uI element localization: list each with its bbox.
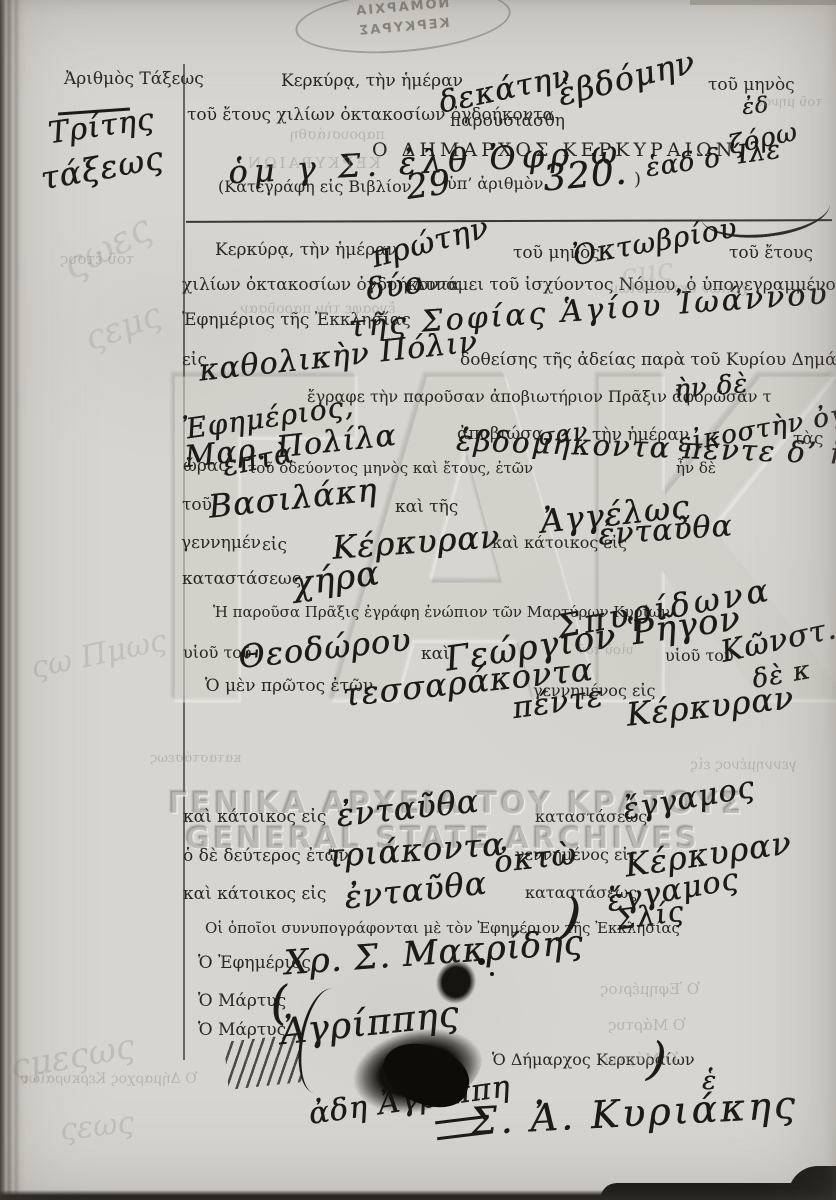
ghost-born: γεννημένος εἰς	[690, 758, 797, 772]
hw-book-number: 29	[404, 165, 454, 205]
witness2-resident-label: καὶ κάτοικος εἰς	[183, 885, 326, 904]
ghost-son: υἱοῦ τοῦ	[578, 644, 634, 657]
ghost-month: τοῦ μηνός	[756, 96, 822, 109]
ghost-scrawl6: ςμς	[618, 254, 675, 291]
hw-aforosan-ending: ὴν δὲ	[673, 371, 749, 403]
document-scan-page: ΝΟΜΑΡΧΙΑ ΚΕΡΚΥΡΑΣ ΓΑΚ ΓΕΝΙΚΑ ΑΡΧΕΙΑ ΤΟΥ …	[0, 0, 836, 1200]
bottom-right-corner-curve	[788, 1166, 836, 1200]
hw-mayor-signature: Σ. Ἀ. Κυριάκης	[469, 1085, 799, 1140]
prefecture-stamp-bleed: ΝΟΜΑΡΧΙΑ ΚΕΡΚΥΡΑΣ	[293, 0, 514, 61]
book-binding-edge	[0, 0, 26, 1200]
ink-speck2	[490, 972, 494, 976]
ghost-presented: παρουσιάσθη	[290, 128, 385, 142]
body-year-label: τοῦ ἔτους	[729, 244, 813, 263]
ghost-mayor-caps: ΚΕΡΚΥΡΑΙΩΝ	[245, 156, 381, 171]
hw-witness2-residence: ἐνταῦθα	[343, 867, 489, 914]
ghost-wrote: ἔγραφε τὴν παροῦσαν	[240, 302, 396, 316]
ink-speck1	[478, 958, 485, 965]
pen-hatch-strokes	[224, 1034, 303, 1089]
header-month-label: τοῦ μηνὸς	[708, 76, 795, 95]
ghost-witness-label2: Ὁ Μάρτυς	[600, 1052, 678, 1067]
ghost-status: καταστάσεως	[150, 752, 241, 765]
register-note-close: )	[634, 170, 641, 190]
witness1-resident-label: καὶ κάτοικος εἰς	[183, 808, 326, 827]
ghost-priest-label: Ὁ Ἐφημέριος	[600, 982, 700, 997]
hw-witness2-age2: ὀκτὼ	[493, 840, 578, 878]
body-mother-label: καὶ τῆς	[395, 498, 458, 517]
ghost-scrawl5: ςεως	[59, 1108, 136, 1146]
body-permission-clause: δοθείσης τῆς ἀδείας παρὰ τοῦ Κυρίου Δημά…	[460, 351, 836, 370]
order-number-label: Ἀριθμὸς Τάξεως	[64, 70, 204, 89]
witness2-age-label: ὁ δὲ δεύτερος ἐτῶν	[183, 847, 349, 866]
hw-header-day2: ἑβδόμην	[554, 45, 698, 110]
body-born-eis: εἰς	[262, 536, 287, 555]
body-status-label: καταστάσεως	[182, 570, 301, 589]
top-edge-shadow	[690, 0, 836, 5]
hw-act-number: 320.	[542, 154, 629, 197]
ghost-scrawl1: ςωες	[57, 208, 158, 286]
body-born-label: γεννημέν	[181, 534, 261, 553]
ghost-witness-label1: Ὁ Μάρτυς	[608, 1018, 686, 1033]
